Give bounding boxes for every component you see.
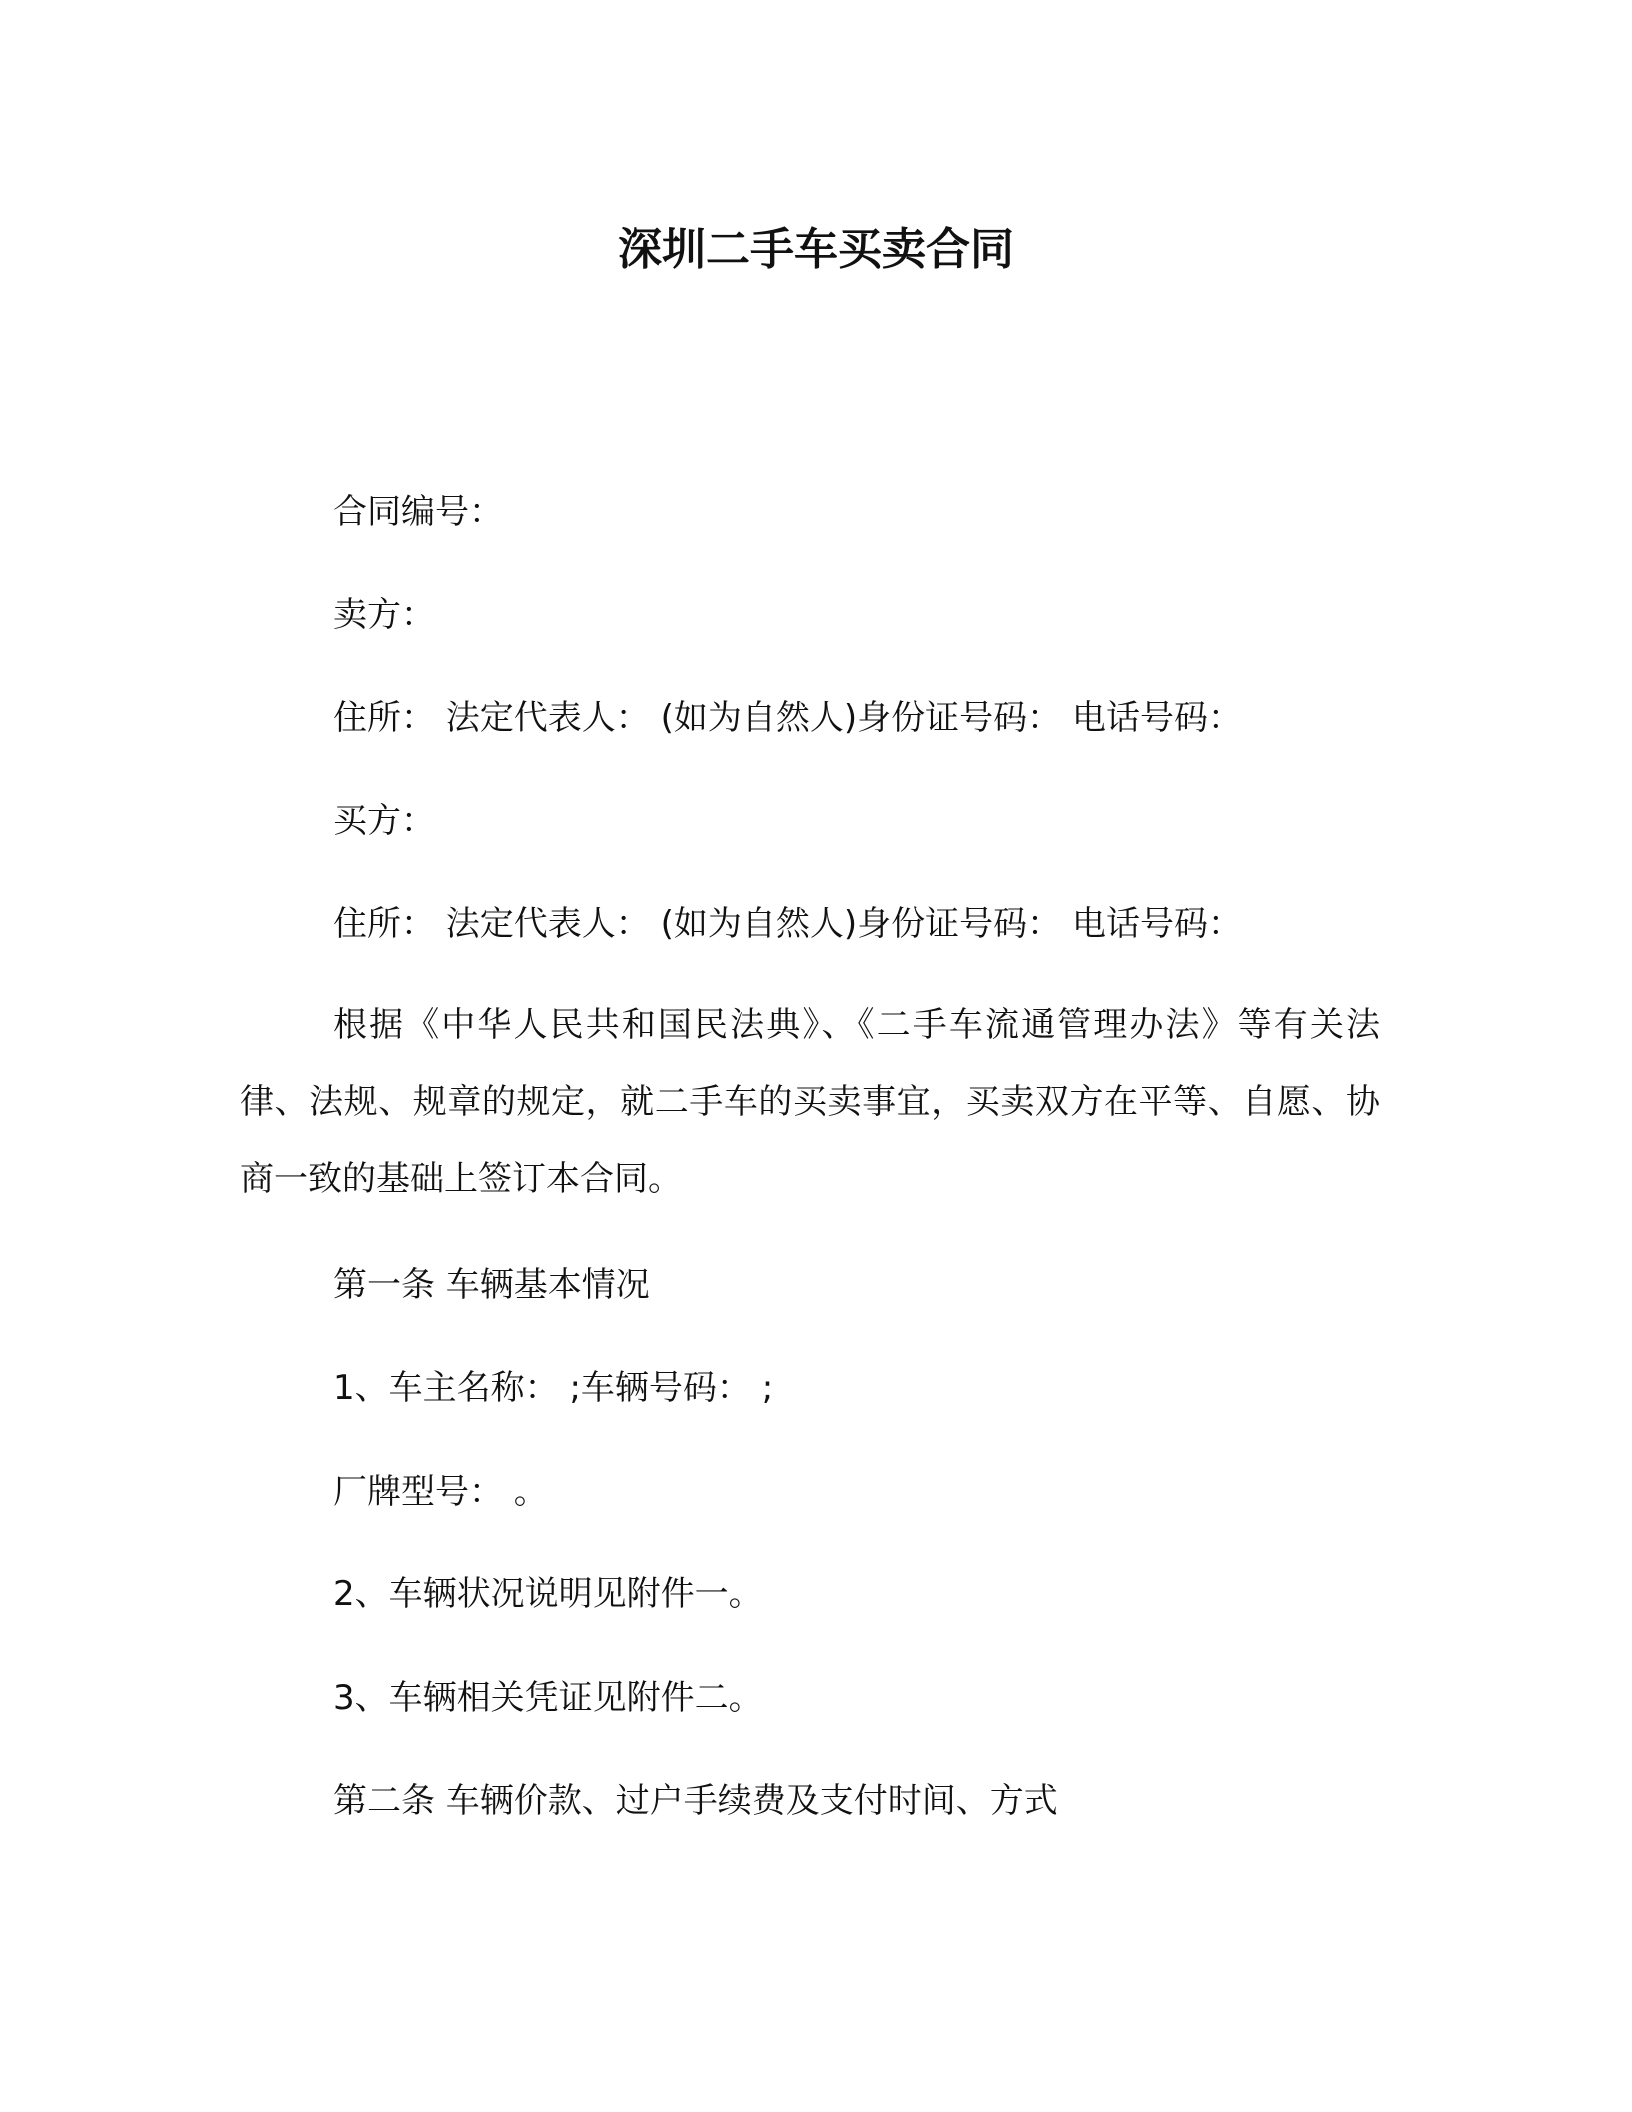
buyer-label: 买方： — [333, 798, 435, 844]
buyer-info-line: 住所： 法定代表人： (如为自然人)身份证号码： 电话号码： — [333, 901, 1242, 947]
article-1-item: 厂牌型号： 。 — [333, 1469, 548, 1515]
article-1-heading: 第一条 车辆基本情况 — [333, 1262, 650, 1308]
contract-number-field: 合同编号： — [333, 489, 503, 535]
article-1-item: 1、车主名称： ;车辆号码： ; — [333, 1365, 773, 1411]
document-title: 深圳二手车买卖合同 — [0, 222, 1632, 278]
document-page: 深圳二手车买卖合同 合同编号： 卖方： 住所： 法定代表人： (如为自然人)身份… — [0, 0, 1632, 2112]
article-1-item: 2、车辆状况说明见附件一。 — [333, 1571, 763, 1617]
article-1-item: 3、车辆相关凭证见附件二。 — [333, 1675, 763, 1721]
seller-label: 卖方： — [333, 592, 435, 638]
article-2-heading: 第二条 车辆价款、过户手续费及支付时间、方式 — [333, 1778, 1058, 1824]
preamble-paragraph: 根据《中华人民共和国民法典》、《二手车流通管理办法》等有关法律、法规、规章的规定… — [240, 987, 1380, 1218]
seller-info-line: 住所： 法定代表人： (如为自然人)身份证号码： 电话号码： — [333, 695, 1242, 741]
